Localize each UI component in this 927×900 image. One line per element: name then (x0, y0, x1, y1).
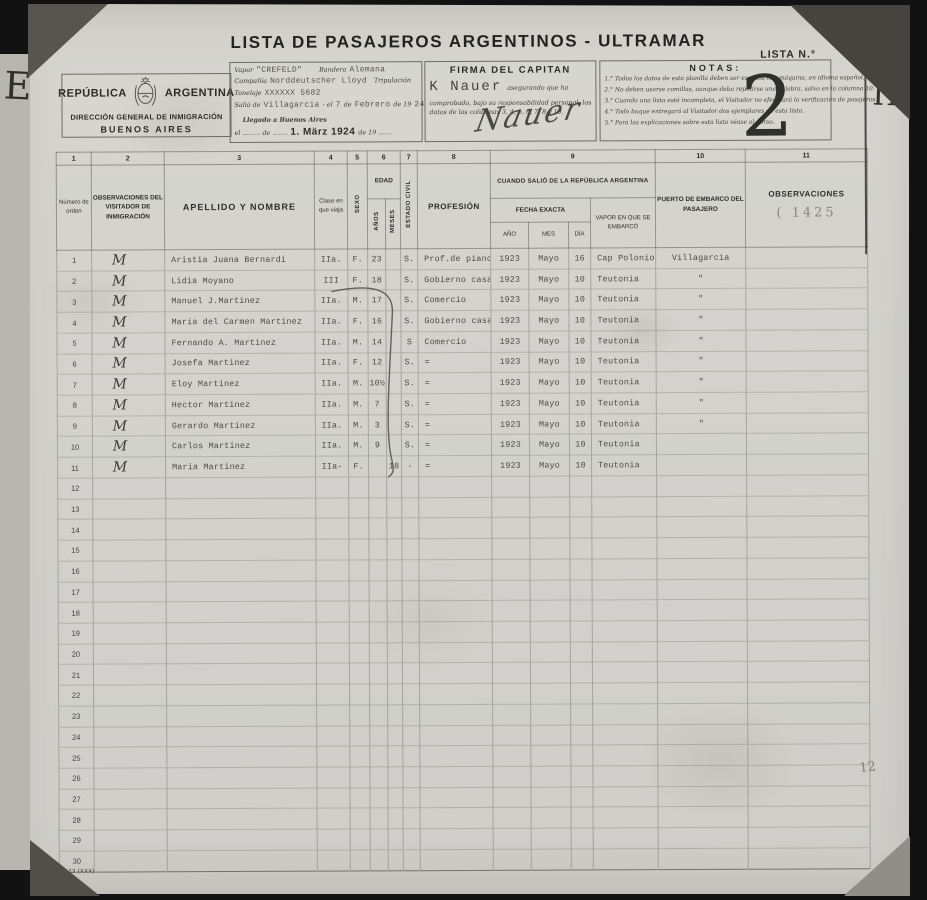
header-anio: AÑO (491, 222, 529, 248)
civil-status: S. (401, 249, 418, 270)
departure-year: 1923 (492, 455, 530, 476)
embark-port: " (656, 392, 746, 413)
sex: M. (348, 332, 368, 353)
ship-line-tonelaje: Tonelaje XXXXXX 5682 (234, 88, 418, 98)
departure-ship (592, 538, 657, 559)
profession (420, 849, 493, 870)
sex: M. (348, 290, 368, 311)
row-number: 9 (57, 416, 92, 437)
sex (349, 663, 369, 684)
departure-day (570, 621, 592, 642)
civil-status: S. (401, 373, 418, 394)
passenger-name (167, 809, 317, 830)
departure-year (493, 828, 531, 849)
passenger-name (167, 788, 317, 809)
departure-day: 10 (569, 434, 591, 455)
departure-month (531, 683, 571, 704)
age-months (387, 580, 402, 601)
civil-status: S. (401, 435, 418, 456)
passenger-name (167, 829, 317, 850)
departure-ship (592, 641, 657, 662)
salio-month: Febrero (355, 100, 391, 109)
salio-label: Salió de (234, 101, 260, 109)
departure-day: 10 (569, 372, 591, 393)
row-number: 3 (57, 292, 92, 313)
row-number: 19 (58, 623, 93, 644)
age-years (370, 788, 388, 809)
tonelaje-value: XXXXXX 5682 (265, 89, 321, 98)
departure-day (570, 579, 592, 600)
row-number: 7 (57, 374, 92, 395)
departure-day (570, 476, 592, 497)
passenger-name: Eloy Martinez (165, 373, 315, 394)
passenger-name: Manuel J.Martinez (165, 291, 315, 312)
header-puerto: PUERTO DE EMBARCO DEL PASAJERO (655, 162, 745, 247)
embark-port (657, 517, 747, 538)
travel-class (317, 705, 350, 726)
travel-class (316, 581, 349, 602)
civil-status (403, 829, 420, 850)
departure-ship: Teutonia (591, 372, 656, 393)
sex (349, 498, 369, 519)
pencil-page-number: 12 (859, 759, 877, 776)
passenger-name: Gerardo Martinez (165, 415, 315, 436)
profession: = (418, 393, 491, 414)
departure-ship: Teutonia (591, 393, 656, 414)
age-years: 23 (368, 249, 386, 270)
civil-status (402, 518, 419, 539)
profession (419, 601, 492, 622)
age-years: 10½ (368, 373, 386, 394)
row-number: 22 (59, 685, 94, 706)
departure-month: Mayo (529, 372, 569, 393)
passenger-name (166, 664, 316, 685)
travel-class (316, 498, 349, 519)
embark-port: " (656, 289, 746, 310)
passenger-name: Maria Martinez (166, 456, 316, 477)
row-number: 25 (59, 747, 94, 768)
departure-ship (592, 600, 657, 621)
salio-el-label: - el (323, 101, 333, 109)
age-months (388, 725, 403, 746)
passenger-name: Fernando A. Martinez (165, 332, 315, 353)
row-observations (746, 247, 868, 268)
age-years: 16 (368, 311, 386, 332)
departure-year (492, 497, 530, 518)
age-years: 7 (368, 394, 386, 415)
travel-class (316, 539, 349, 560)
profession: = (418, 352, 491, 373)
departure-day (571, 828, 593, 849)
embark-port (657, 662, 747, 683)
departure-ship (592, 579, 657, 600)
departure-ship (592, 476, 657, 497)
departure-ship: Teutonia (591, 310, 656, 331)
age-years: 18 (368, 270, 386, 291)
row-number: 15 (58, 540, 93, 561)
passenger-name (166, 601, 316, 622)
embark-port (658, 682, 748, 703)
passenger-name: Carlos Martinez (165, 436, 315, 457)
departure-year (492, 663, 530, 684)
page-title: LISTA DE PASAJEROS ARGENTINOS - ULTRAMAR (178, 31, 758, 54)
dotted-leader (379, 127, 391, 134)
departure-month: Mayo (529, 289, 569, 310)
profession (419, 663, 492, 684)
row-number: 20 (58, 644, 93, 665)
departure-ship (593, 828, 658, 849)
age-months (387, 518, 402, 539)
embark-port: " (656, 309, 746, 330)
age-years (370, 767, 388, 788)
profession (419, 621, 492, 642)
row-number: 10 (57, 437, 92, 458)
salio-year: 24 (414, 100, 424, 109)
profession (419, 580, 492, 601)
age-years (369, 477, 387, 498)
age-months (388, 787, 403, 808)
row-observations (748, 682, 870, 703)
age-months (386, 311, 401, 332)
departure-ship: Teutonia (591, 351, 656, 372)
departure-ship: Teutonia (591, 434, 656, 455)
age-years (369, 601, 387, 622)
departure-year (492, 580, 530, 601)
departure-day: 10 (569, 331, 591, 352)
row-number: 17 (58, 582, 93, 603)
embark-port (658, 827, 748, 848)
departure-year: 1923 (491, 248, 529, 269)
age-years: 12 (368, 352, 386, 373)
departure-year (493, 808, 531, 829)
age-years (369, 518, 387, 539)
departure-day: 10 (569, 414, 591, 435)
departure-year (493, 745, 531, 766)
adjacent-page-edge (0, 54, 32, 870)
embark-port: " (656, 268, 746, 289)
age-years (370, 705, 388, 726)
departure-month (530, 538, 570, 559)
vapor-value: "CREFELD" (256, 66, 302, 75)
col-number: 3 (164, 151, 314, 165)
departure-year: 1923 (491, 352, 529, 373)
header-fecha: FECHA EXACTA (490, 198, 590, 222)
profession (420, 746, 493, 767)
row-observations (748, 723, 870, 744)
age-years (369, 663, 387, 684)
ship-line-compania: Compañía Norddeutscher Lloyd Tripulación (234, 76, 418, 86)
embark-port (658, 786, 748, 807)
header-salio: CUANDO SALIÓ DE LA REPÚBLICA ARGENTINA (490, 163, 655, 199)
sex (350, 788, 370, 809)
travel-class (316, 477, 349, 498)
age-months (386, 373, 401, 394)
document-content: LISTA DE PASAJEROS ARGENTINOS - ULTRAMAR… (0, 0, 927, 900)
travel-class (317, 684, 350, 705)
profession: Comercio (418, 290, 491, 311)
embark-port (656, 434, 746, 455)
departure-day: 10 (569, 310, 591, 331)
bandera-label: Bandera (319, 66, 346, 74)
profession (420, 683, 493, 704)
profession (419, 476, 492, 497)
profession (419, 497, 492, 518)
age-years: 3 (368, 415, 386, 436)
departure-month (531, 704, 571, 725)
departure-ship (593, 766, 658, 787)
departure-year (493, 787, 531, 808)
ship-line-llegada-fecha: el de 1. März 1924 de 19 (235, 126, 419, 138)
note-item: 2.° No deben usarse comillas, aunque deb… (604, 84, 830, 96)
row-number: 4 (57, 312, 92, 333)
visitor-mark (94, 726, 167, 747)
embark-port (658, 807, 748, 828)
row-number: 23 (59, 706, 94, 727)
col-number: 7 (400, 151, 417, 164)
row-observations (747, 578, 869, 599)
notes-title: NOTAS: (600, 62, 830, 73)
header-sexo: SEXO (347, 164, 367, 249)
profession (420, 787, 493, 808)
col-number: 6 (367, 151, 400, 164)
departure-month (530, 476, 570, 497)
departure-year (492, 476, 530, 497)
age-years (369, 580, 387, 601)
visitor-mark: M (92, 250, 165, 271)
departure-day: 10 (569, 393, 591, 414)
sex (350, 829, 370, 850)
tonelaje-label: Tonelaje (234, 89, 261, 97)
age-months (387, 663, 402, 684)
note-item: 5.° Para las explicaciones sobre esta li… (605, 117, 831, 129)
embark-port (658, 724, 748, 745)
profession (420, 766, 493, 787)
departure-month (531, 725, 571, 746)
profession (419, 559, 492, 580)
departure-year (492, 600, 530, 621)
departure-month (530, 621, 570, 642)
row-observations (747, 516, 869, 537)
age-years (370, 808, 388, 829)
salio-port: Villagarcia (264, 101, 320, 110)
ship-details-box: Vapor "CREFELD" Bandera Alemana Compañía… (229, 61, 422, 143)
row-number: 28 (59, 810, 94, 831)
civil-status (402, 580, 419, 601)
org-country-line: REPÚBLICA (58, 76, 235, 110)
row-observations (746, 371, 868, 392)
org-country-left: REPÚBLICA (58, 87, 127, 99)
departure-month: Mayo (529, 393, 569, 414)
departure-ship (592, 517, 657, 538)
age-years: 9 (368, 435, 386, 456)
salio-day: 7 (336, 101, 341, 110)
travel-class: IIa. (315, 290, 348, 311)
embark-port (657, 558, 747, 579)
profession (419, 538, 492, 559)
age-months: 18 (387, 456, 402, 477)
org-city: BUENOS AIRES (100, 124, 192, 134)
passenger-name (167, 705, 317, 726)
sex (349, 477, 369, 498)
departure-month (531, 745, 571, 766)
lista-number-handwritten: 2 (740, 65, 794, 149)
departure-year (492, 621, 530, 642)
travel-class: IIa. (315, 353, 348, 374)
age-months (387, 539, 402, 560)
row-observations (746, 330, 868, 351)
passenger-name: Hector Martinez (165, 394, 315, 415)
passenger-name (167, 684, 317, 705)
row-number: 24 (59, 727, 94, 748)
age-months (386, 352, 401, 373)
departure-month (531, 807, 571, 828)
departure-day (570, 642, 592, 663)
departure-ship: Teutonia (592, 455, 657, 476)
age-months (386, 415, 401, 436)
departure-month: Mayo (530, 455, 570, 476)
row-number: 14 (58, 519, 93, 540)
sex (350, 684, 370, 705)
col-number: 8 (417, 150, 490, 163)
profession: Comercio (418, 331, 491, 352)
age-months (388, 746, 403, 767)
departure-ship (593, 786, 658, 807)
sex (350, 808, 370, 829)
dotted-leader (273, 128, 287, 135)
header-name: APELLIDO Y NOMBRE (164, 164, 314, 250)
civil-status: S. (401, 352, 418, 373)
civil-status (402, 497, 419, 518)
departure-month: Mayo (529, 414, 569, 435)
passenger-name (167, 850, 317, 871)
departure-month (531, 787, 571, 808)
departure-year (492, 642, 530, 663)
visitor-mark (94, 768, 167, 789)
sex (349, 560, 369, 581)
civil-status (403, 746, 420, 767)
departure-month (531, 828, 571, 849)
departure-year: 1923 (491, 435, 529, 456)
passenger-name (166, 498, 316, 519)
header-civil: ESTADO CIVIL (400, 164, 417, 249)
row-number: 29 (59, 830, 94, 851)
civil-status (402, 601, 419, 622)
vapor-label: Vapor (234, 66, 253, 74)
sex (349, 518, 369, 539)
departure-day (570, 662, 592, 683)
row-observations (747, 558, 869, 579)
embark-port (657, 620, 747, 641)
photo-background: LISTA DE PASAJEROS ARGENTINOS - ULTRAMAR… (0, 0, 927, 900)
table-body: 1MAristia Juana BernardiIIa.F.23S.Prof.d… (57, 247, 871, 872)
profession: = (418, 435, 491, 456)
departure-year (492, 518, 530, 539)
civil-status: - (402, 456, 419, 477)
departure-month (530, 662, 570, 683)
row-number: 27 (59, 789, 94, 810)
visitor-mark: M (92, 271, 165, 292)
row-number: 26 (59, 768, 94, 789)
travel-class (316, 601, 349, 622)
passenger-name: Aristia Juana Bernardi (165, 249, 315, 270)
sex: F. (348, 353, 368, 374)
sex (350, 850, 370, 871)
civil-status (403, 705, 420, 726)
departure-year: 1923 (491, 310, 529, 331)
departure-day: 10 (569, 269, 591, 290)
col-number: 10 (655, 149, 745, 162)
civil-status: S. (401, 394, 418, 415)
col-number: 2 (91, 152, 164, 165)
col-number: 1 (56, 152, 91, 165)
note-item: 3.° Cuando una lista esté incompleta, el… (604, 95, 830, 107)
departure-month (531, 766, 571, 787)
departure-ship (593, 848, 658, 869)
profession (419, 642, 492, 663)
passenger-name (167, 746, 317, 767)
departure-day (571, 766, 593, 787)
visitor-mark: M (92, 291, 165, 312)
embark-port (657, 454, 747, 475)
departure-year (493, 704, 531, 725)
departure-month (531, 849, 571, 870)
embark-port (657, 496, 747, 517)
embark-port: " (656, 351, 746, 372)
header-edad: EDAD (367, 164, 400, 199)
visitor-mark (93, 623, 166, 644)
age-months (386, 332, 401, 353)
age-months (387, 622, 402, 643)
row-observations (747, 537, 869, 558)
departure-month: Mayo (529, 352, 569, 373)
departure-day (570, 497, 592, 518)
visitor-mark (93, 561, 166, 582)
passenger-name (166, 518, 316, 539)
llegada-el-label: el (235, 129, 241, 137)
departure-month (530, 559, 570, 580)
departure-day: 10 (569, 352, 591, 373)
departure-month (530, 600, 570, 621)
age-years: 14 (368, 332, 386, 353)
arrival-date-stamp: 1. März 1924 (290, 126, 355, 137)
visitor-mark (94, 788, 167, 809)
row-number: 16 (58, 561, 93, 582)
travel-class: IIa. (315, 332, 348, 353)
visitor-mark (93, 540, 166, 561)
departure-day: 10 (569, 289, 591, 310)
passenger-name (166, 643, 316, 664)
visitor-mark (93, 478, 166, 499)
notes-box: NOTAS: 1.° Todos los datos de esta plani… (599, 59, 831, 141)
travel-class (316, 622, 349, 643)
row-number: 18 (58, 602, 93, 623)
org-country-right: ARGENTINA (165, 86, 235, 98)
passenger-name (167, 726, 317, 747)
salio-de-label: de (344, 100, 352, 108)
age-years (370, 850, 388, 871)
visitor-mark (94, 851, 167, 872)
embark-port: " (656, 413, 746, 434)
row-observations (746, 412, 868, 433)
visitor-mark (94, 685, 167, 706)
passenger-name (167, 767, 317, 788)
visitor-mark (94, 830, 167, 851)
visitor-mark (93, 581, 166, 602)
profession (420, 725, 493, 746)
age-years: 17 (368, 290, 386, 311)
salio-de19-label: de 19 (393, 100, 411, 108)
sex (349, 580, 369, 601)
